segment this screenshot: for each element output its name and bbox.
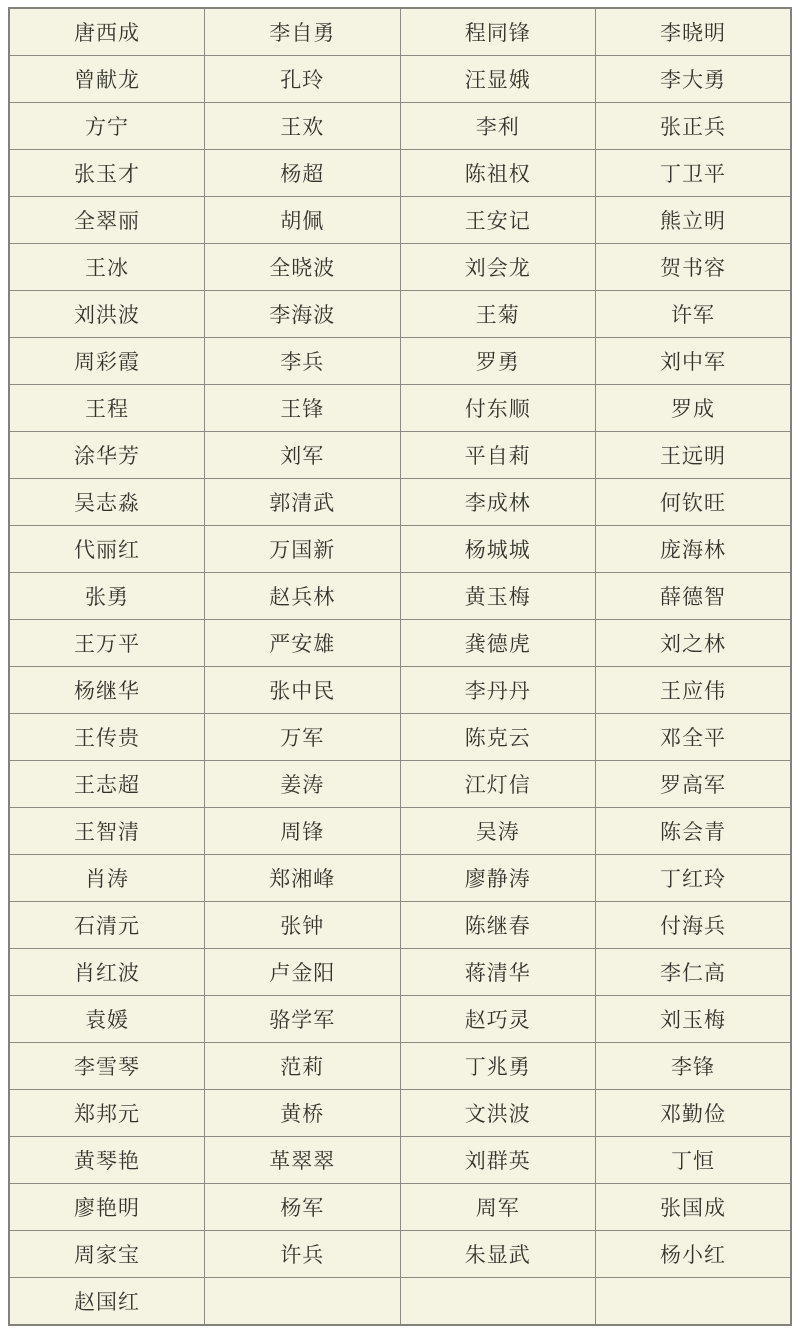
name-cell: 骆学军 <box>205 995 401 1042</box>
name-cell: 庞海林 <box>596 525 792 572</box>
name-cell: 罗高军 <box>596 760 792 807</box>
name-cell: 汪显娥 <box>400 56 596 103</box>
name-cell: 王万平 <box>9 619 205 666</box>
name-cell: 涂华芳 <box>9 431 205 478</box>
name-cell: 李雪琴 <box>9 1042 205 1089</box>
table-row: 杨继华张中民李丹丹王应伟 <box>9 666 791 713</box>
name-cell: 廖静涛 <box>400 854 596 901</box>
name-cell: 赵巧灵 <box>400 995 596 1042</box>
name-cell: 邓全平 <box>596 713 792 760</box>
table-row: 王万平严安雄龚德虎刘之林 <box>9 619 791 666</box>
name-cell: 朱显武 <box>400 1230 596 1277</box>
table-row: 王智清周锋吴涛陈会青 <box>9 807 791 854</box>
name-cell <box>205 1277 401 1325</box>
name-cell: 李丹丹 <box>400 666 596 713</box>
name-cell: 廖艳明 <box>9 1183 205 1230</box>
name-cell: 万军 <box>205 713 401 760</box>
name-cell: 范莉 <box>205 1042 401 1089</box>
name-cell: 李成林 <box>400 478 596 525</box>
name-cell: 万国新 <box>205 525 401 572</box>
name-cell: 李仁高 <box>596 948 792 995</box>
name-cell: 李兵 <box>205 337 401 384</box>
table-row: 王传贵万军陈克云邓全平 <box>9 713 791 760</box>
name-cell: 张勇 <box>9 572 205 619</box>
name-cell: 黄玉梅 <box>400 572 596 619</box>
table-row: 黄琴艳革翠翠刘群英丁恒 <box>9 1136 791 1183</box>
table-row: 周家宝许兵朱显武杨小红 <box>9 1230 791 1277</box>
name-cell: 周锋 <box>205 807 401 854</box>
table-row: 王冰全晓波刘会龙贺书容 <box>9 243 791 290</box>
name-cell: 李利 <box>400 102 596 149</box>
name-cell: 黄桥 <box>205 1089 401 1136</box>
table-row: 方宁王欢李利张正兵 <box>9 102 791 149</box>
table-row: 张勇赵兵林黄玉梅薛德智 <box>9 572 791 619</box>
name-cell: 黄琴艳 <box>9 1136 205 1183</box>
name-cell: 唐西成 <box>9 8 205 56</box>
name-cell: 杨超 <box>205 149 401 196</box>
name-cell: 邓勤俭 <box>596 1089 792 1136</box>
table-row: 廖艳明杨军周军张国成 <box>9 1183 791 1230</box>
name-cell: 李自勇 <box>205 8 401 56</box>
table-row: 代丽红万国新杨城城庞海林 <box>9 525 791 572</box>
name-cell: 吴志淼 <box>9 478 205 525</box>
name-cell: 刘玉梅 <box>596 995 792 1042</box>
name-cell: 薛德智 <box>596 572 792 619</box>
name-cell: 刘群英 <box>400 1136 596 1183</box>
table-row: 赵国红 <box>9 1277 791 1325</box>
name-cell: 杨军 <box>205 1183 401 1230</box>
name-cell: 王志超 <box>9 760 205 807</box>
table-row: 张玉才杨超陈祖权丁卫平 <box>9 149 791 196</box>
name-cell: 付东顺 <box>400 384 596 431</box>
table-row: 全翠丽胡佩王安记熊立明 <box>9 196 791 243</box>
name-cell: 代丽红 <box>9 525 205 572</box>
name-table: 唐西成李自勇程同锋李晓明曾献龙孔玲汪显娥李大勇方宁王欢李利张正兵张玉才杨超陈祖权… <box>8 7 792 1326</box>
name-cell: 丁恒 <box>596 1136 792 1183</box>
name-cell: 许兵 <box>205 1230 401 1277</box>
name-cell: 王远明 <box>596 431 792 478</box>
name-cell: 肖红波 <box>9 948 205 995</box>
name-cell: 陈继春 <box>400 901 596 948</box>
name-cell: 孔玲 <box>205 56 401 103</box>
name-cell: 赵兵林 <box>205 572 401 619</box>
name-cell: 江灯信 <box>400 760 596 807</box>
name-cell: 王菊 <box>400 290 596 337</box>
name-cell: 王程 <box>9 384 205 431</box>
name-cell: 平自莉 <box>400 431 596 478</box>
name-cell: 刘会龙 <box>400 243 596 290</box>
name-cell: 刘洪波 <box>9 290 205 337</box>
name-cell: 方宁 <box>9 102 205 149</box>
name-cell: 丁兆勇 <box>400 1042 596 1089</box>
name-cell: 周军 <box>400 1183 596 1230</box>
name-cell: 陈会青 <box>596 807 792 854</box>
name-cell: 王应伟 <box>596 666 792 713</box>
name-cell: 杨继华 <box>9 666 205 713</box>
name-cell: 郭清武 <box>205 478 401 525</box>
name-cell: 石清元 <box>9 901 205 948</box>
name-cell: 王安记 <box>400 196 596 243</box>
name-cell: 李海波 <box>205 290 401 337</box>
name-cell: 李晓明 <box>596 8 792 56</box>
name-cell: 贺书容 <box>596 243 792 290</box>
name-cell: 刘军 <box>205 431 401 478</box>
name-cell: 赵国红 <box>9 1277 205 1325</box>
table-row: 唐西成李自勇程同锋李晓明 <box>9 8 791 56</box>
table-row: 王志超姜涛江灯信罗高军 <box>9 760 791 807</box>
name-cell: 文洪波 <box>400 1089 596 1136</box>
name-cell: 蒋清华 <box>400 948 596 995</box>
name-cell: 张钟 <box>205 901 401 948</box>
name-cell <box>596 1277 792 1325</box>
table-row: 涂华芳刘军平自莉王远明 <box>9 431 791 478</box>
name-cell: 张中民 <box>205 666 401 713</box>
name-cell: 张国成 <box>596 1183 792 1230</box>
name-cell: 严安雄 <box>205 619 401 666</box>
name-cell: 陈克云 <box>400 713 596 760</box>
table-row: 曾献龙孔玲汪显娥李大勇 <box>9 56 791 103</box>
table-row: 肖涛郑湘峰廖静涛丁红玲 <box>9 854 791 901</box>
name-cell: 肖涛 <box>9 854 205 901</box>
name-cell: 何钦旺 <box>596 478 792 525</box>
table-row: 郑邦元黄桥文洪波邓勤俭 <box>9 1089 791 1136</box>
name-cell: 龚德虎 <box>400 619 596 666</box>
name-cell: 革翠翠 <box>205 1136 401 1183</box>
name-cell: 付海兵 <box>596 901 792 948</box>
name-cell: 姜涛 <box>205 760 401 807</box>
name-cell: 王智清 <box>9 807 205 854</box>
name-cell: 李锋 <box>596 1042 792 1089</box>
name-cell: 杨城城 <box>400 525 596 572</box>
name-cell: 丁卫平 <box>596 149 792 196</box>
name-cell <box>400 1277 596 1325</box>
name-cell: 卢金阳 <box>205 948 401 995</box>
page: 唐西成李自勇程同锋李晓明曾献龙孔玲汪显娥李大勇方宁王欢李利张正兵张玉才杨超陈祖权… <box>0 0 800 1334</box>
table-row: 石清元张钟陈继春付海兵 <box>9 901 791 948</box>
name-cell: 刘之林 <box>596 619 792 666</box>
table-row: 袁媛骆学军赵巧灵刘玉梅 <box>9 995 791 1042</box>
table-row: 肖红波卢金阳蒋清华李仁高 <box>9 948 791 995</box>
name-cell: 陈祖权 <box>400 149 596 196</box>
name-cell: 全晓波 <box>205 243 401 290</box>
name-cell: 吴涛 <box>400 807 596 854</box>
name-cell: 刘中军 <box>596 337 792 384</box>
name-cell: 王锋 <box>205 384 401 431</box>
name-cell: 杨小红 <box>596 1230 792 1277</box>
name-cell: 丁红玲 <box>596 854 792 901</box>
name-cell: 王传贵 <box>9 713 205 760</box>
name-cell: 周彩霞 <box>9 337 205 384</box>
name-cell: 周家宝 <box>9 1230 205 1277</box>
name-cell: 张玉才 <box>9 149 205 196</box>
name-cell: 郑邦元 <box>9 1089 205 1136</box>
name-cell: 李大勇 <box>596 56 792 103</box>
name-cell: 袁媛 <box>9 995 205 1042</box>
name-cell: 王冰 <box>9 243 205 290</box>
name-cell: 郑湘峰 <box>205 854 401 901</box>
name-cell: 罗成 <box>596 384 792 431</box>
table-row: 周彩霞李兵罗勇刘中军 <box>9 337 791 384</box>
name-cell: 罗勇 <box>400 337 596 384</box>
name-table-body: 唐西成李自勇程同锋李晓明曾献龙孔玲汪显娥李大勇方宁王欢李利张正兵张玉才杨超陈祖权… <box>9 8 791 1325</box>
table-row: 吴志淼郭清武李成林何钦旺 <box>9 478 791 525</box>
name-cell: 全翠丽 <box>9 196 205 243</box>
name-cell: 程同锋 <box>400 8 596 56</box>
table-row: 王程王锋付东顺罗成 <box>9 384 791 431</box>
name-cell: 许军 <box>596 290 792 337</box>
name-cell: 曾献龙 <box>9 56 205 103</box>
name-cell: 胡佩 <box>205 196 401 243</box>
name-cell: 熊立明 <box>596 196 792 243</box>
table-row: 李雪琴范莉丁兆勇李锋 <box>9 1042 791 1089</box>
name-cell: 张正兵 <box>596 102 792 149</box>
table-row: 刘洪波李海波王菊许军 <box>9 290 791 337</box>
name-cell: 王欢 <box>205 102 401 149</box>
